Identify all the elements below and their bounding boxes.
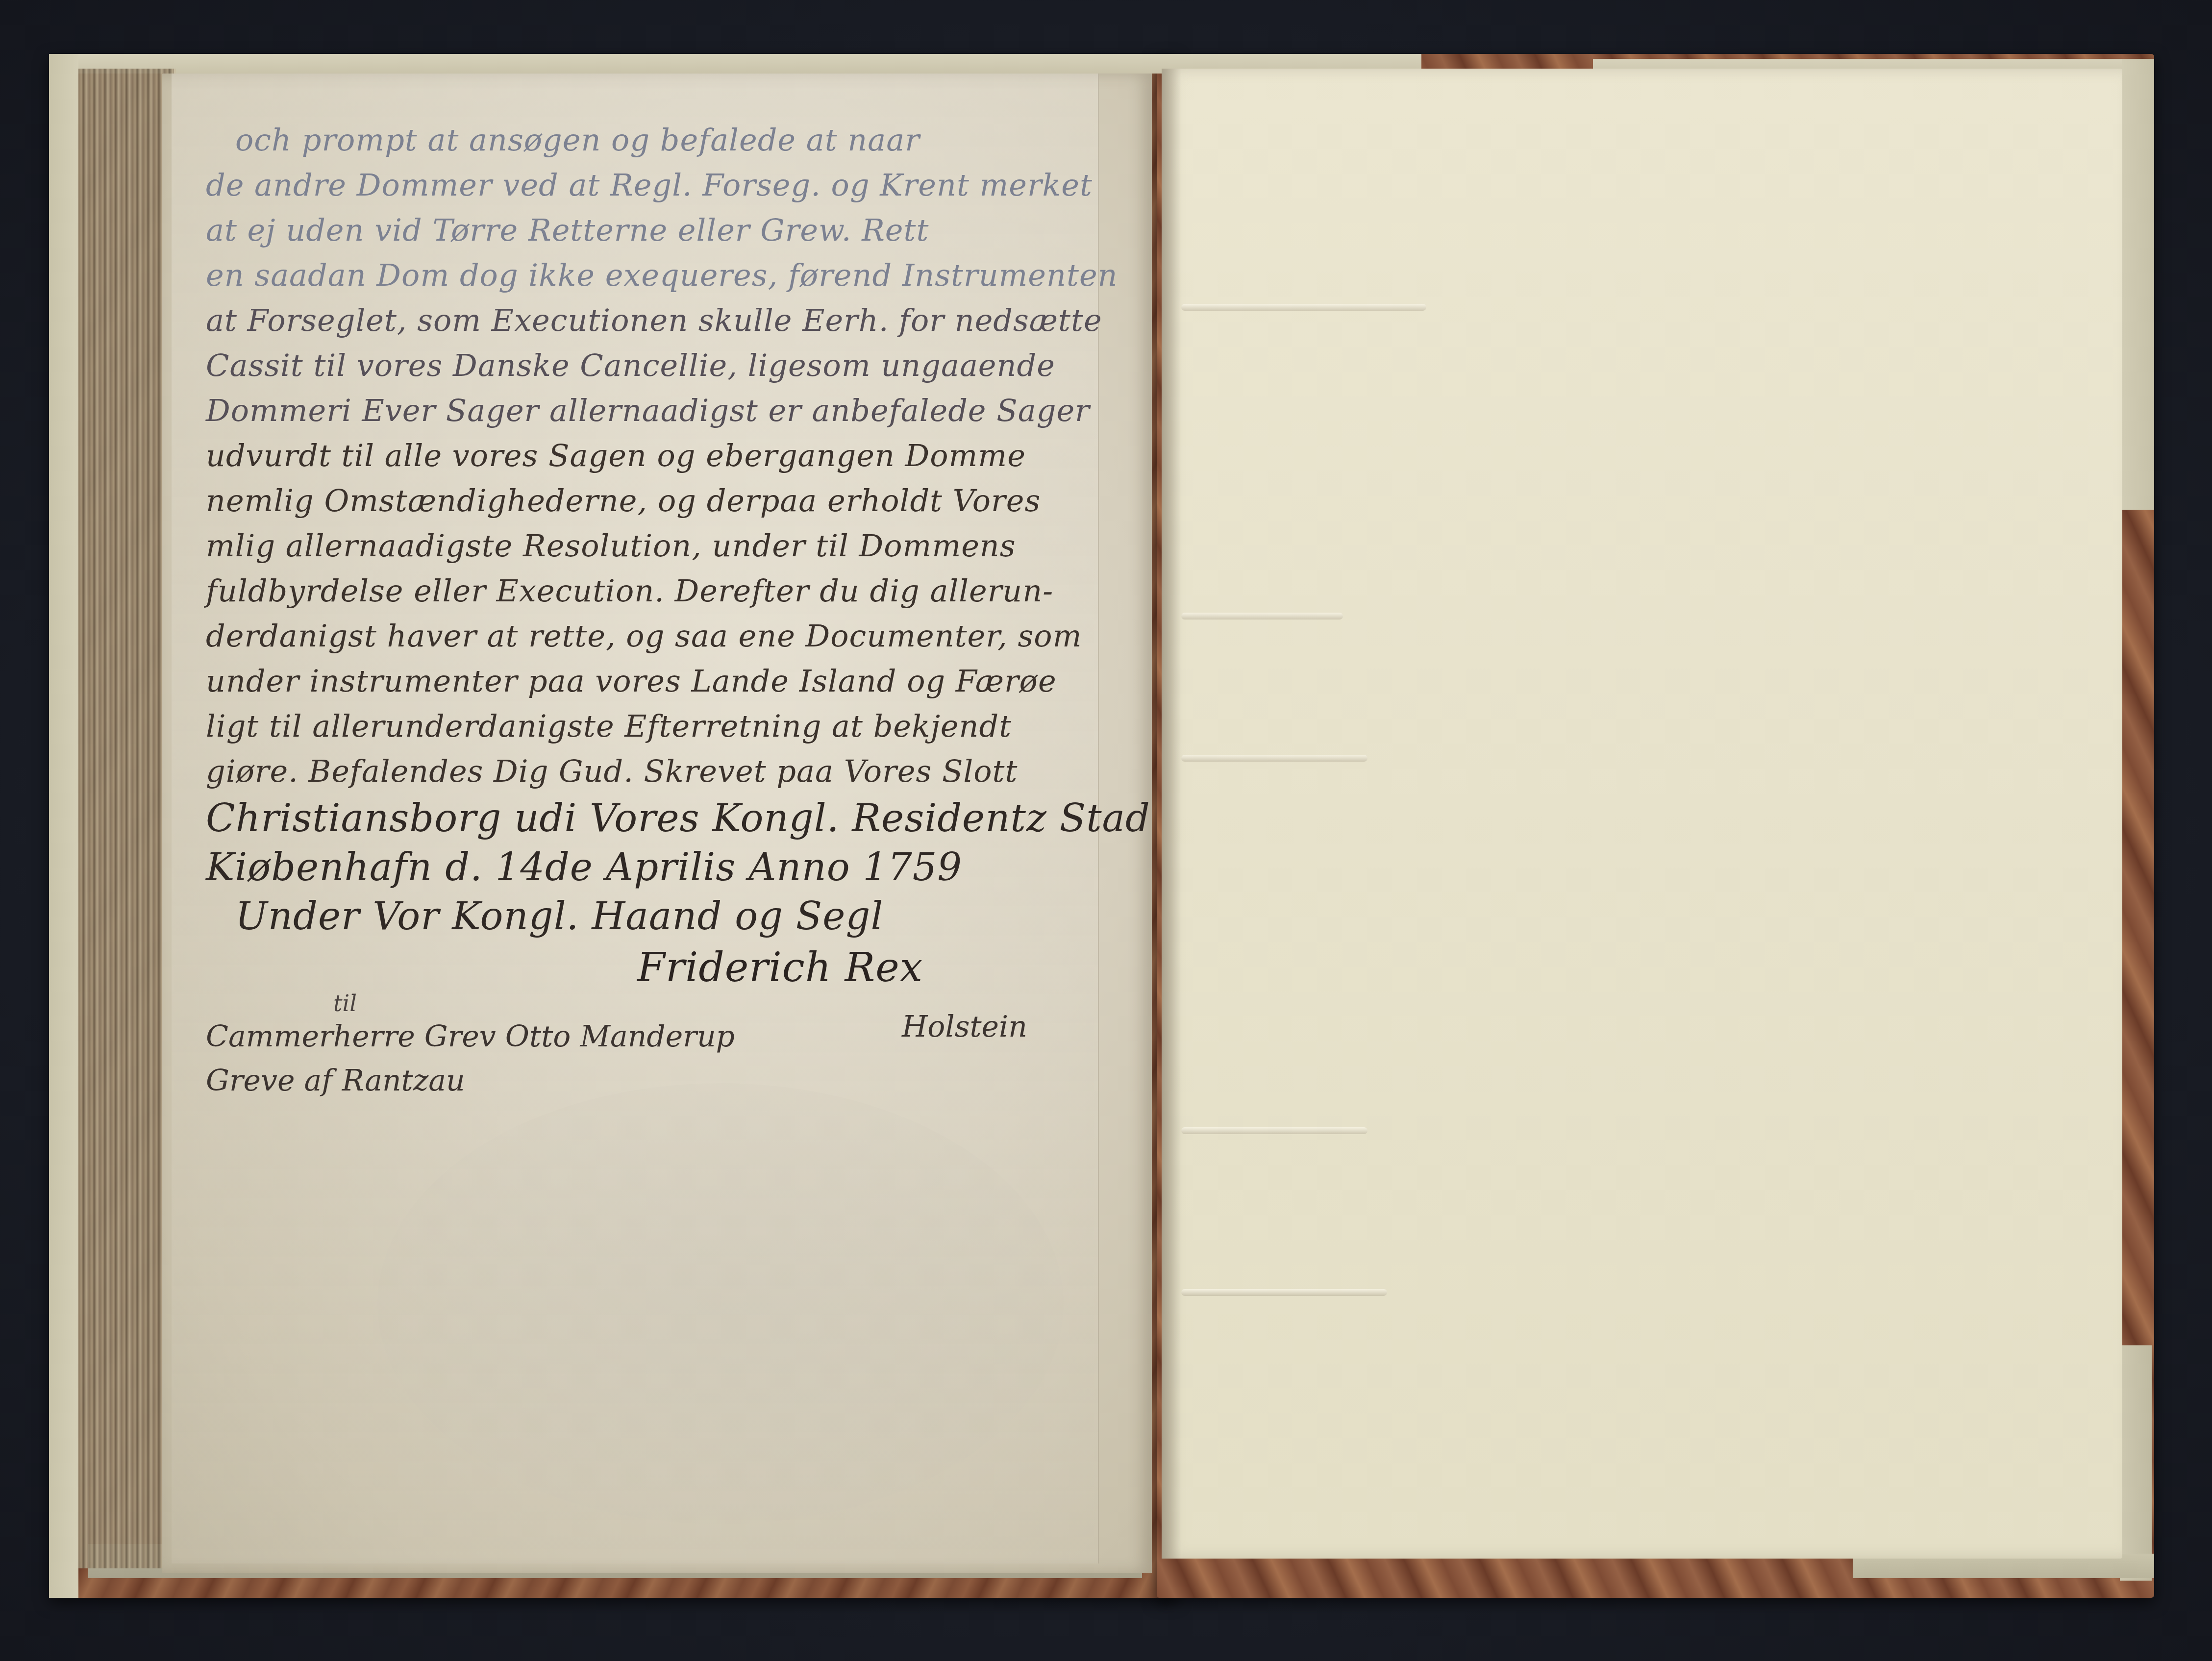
manuscript-line: Cassit til vores Danske Cancellie, liges… <box>206 343 1113 388</box>
manuscript-line: derdanigst haver at rette, og saa ene Do… <box>206 614 1113 659</box>
manuscript-line: udvurdt til alle vores Sagen og ebergang… <box>206 433 1113 478</box>
manuscript-line: at Forseglet, som Executionen skulle Eer… <box>206 298 1113 343</box>
manuscript-line: ligt til allerunderdanigste Efterretning… <box>206 704 1113 749</box>
gutter-shadow <box>1162 69 1181 1559</box>
date-line: Kiøbenhafn d. 14de Aprilis Anno 1759 <box>206 843 1113 892</box>
addressee-name: Cammerherre Grev Otto Manderup <box>206 1019 735 1054</box>
manuscript-line: mlig allernaadigste Resolution, under ti… <box>206 523 1113 569</box>
manuscript-line: de andre Dommer ved at Regl. Forseg. og … <box>206 163 1113 208</box>
paper-crease <box>1181 755 1367 762</box>
manuscript-line: Dommeri Ever Sager allernaadigst er anbe… <box>206 388 1113 433</box>
bleed-through-area <box>377 1083 1064 1524</box>
left-page: och prompt at ansøgen og befalede at naa… <box>162 74 1152 1573</box>
addressee-line-2: Greve af Rantzau <box>206 1059 1137 1103</box>
manuscript-line: giøre. Befalendes Dig Gud. Skrevet paa V… <box>206 749 1113 794</box>
manuscript-line: at ej uden vid Tørre Retterne eller Grew… <box>206 208 1113 253</box>
paper-crease <box>1181 1289 1387 1296</box>
paper-crease <box>1181 1127 1367 1134</box>
manuscript-line: under instrumenter paa vores Lande Islan… <box>206 659 1113 704</box>
manuscript-line: fuldbyrdelse eller Execution. Derefter d… <box>206 569 1113 614</box>
vellum-corner-bottom-right <box>2120 1345 2152 1581</box>
royal-signature: Friderich Rex <box>206 941 1113 995</box>
place-line: Christiansborg udi Vores Kongl. Resident… <box>206 794 1113 843</box>
paper-crease <box>1181 613 1343 620</box>
vellum-corner-top-right <box>2122 59 2154 510</box>
sealing-formula: Under Vor Kongl. Haand og Segl <box>206 892 1113 941</box>
addressee-line-1: Cammerherre Grev Otto Manderup Holstein <box>206 1015 1137 1059</box>
manuscript-line: och prompt at ansøgen og befalede at naa… <box>206 118 1113 163</box>
manuscript-line: en saadan Dom dog ikke exequeres, førend… <box>206 253 1113 298</box>
addressee-surname: Holstein <box>902 1005 1027 1049</box>
vellum-spine-edge-left <box>49 54 78 1598</box>
right-page-blank <box>1162 69 2122 1559</box>
paper-crease <box>1181 304 1426 311</box>
manuscript-line: nemlig Omstændighederne, og derpaa erhol… <box>206 478 1113 523</box>
addressee-block: til Cammerherre Grev Otto Manderup Holst… <box>206 990 1137 1103</box>
manuscript-text: och prompt at ansøgen og befalede at naa… <box>206 118 1113 995</box>
